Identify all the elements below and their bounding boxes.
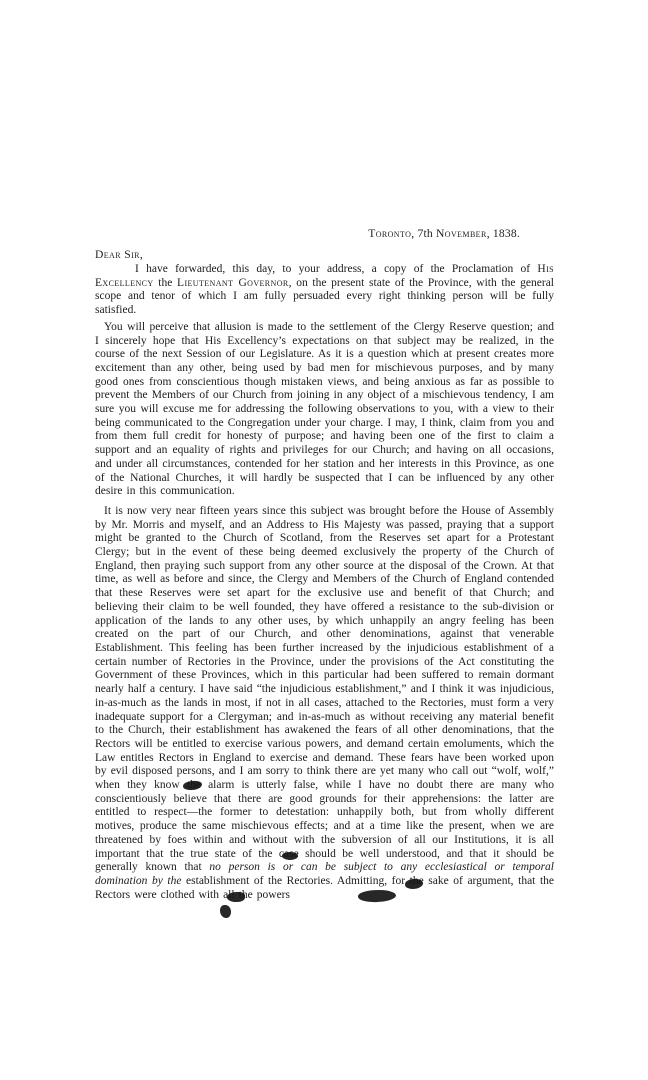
letter-dateline: Toronto, 7th November, 1838. [95, 227, 554, 240]
ink-blot [227, 892, 245, 902]
text-run: It is now very near fifteen years since … [95, 505, 554, 873]
smallcaps-text-run: Toronto [368, 227, 411, 240]
text-run: I have forwarded, this day, to your addr… [135, 263, 537, 275]
text-run: You will perceive that allusion is made … [95, 321, 554, 497]
letter-paragraph-1: I have forwarded, this day, to your addr… [95, 263, 554, 318]
ink-blot [220, 905, 231, 918]
letter-salutation: Dear Sir, [95, 248, 554, 261]
letter-text-block: Toronto, 7th November, 1838. Dear Sir, I… [95, 227, 554, 902]
letter-paragraph-3: It is now very near fifteen years since … [95, 505, 554, 902]
letter-paragraph-2: You will perceive that allusion is made … [95, 321, 554, 499]
text-run: , 7th [411, 227, 436, 240]
smallcaps-text-run: Lieutenant Governor [177, 277, 289, 289]
smallcaps-text-run: Dear Sir [95, 248, 140, 261]
smallcaps-text-run: November [436, 227, 487, 240]
scanned-letter-page: Toronto, 7th November, 1838. Dear Sir, I… [0, 0, 648, 1080]
text-run: the [154, 277, 177, 289]
text-run: , 1838. [487, 227, 520, 240]
text-run: , [140, 248, 143, 261]
